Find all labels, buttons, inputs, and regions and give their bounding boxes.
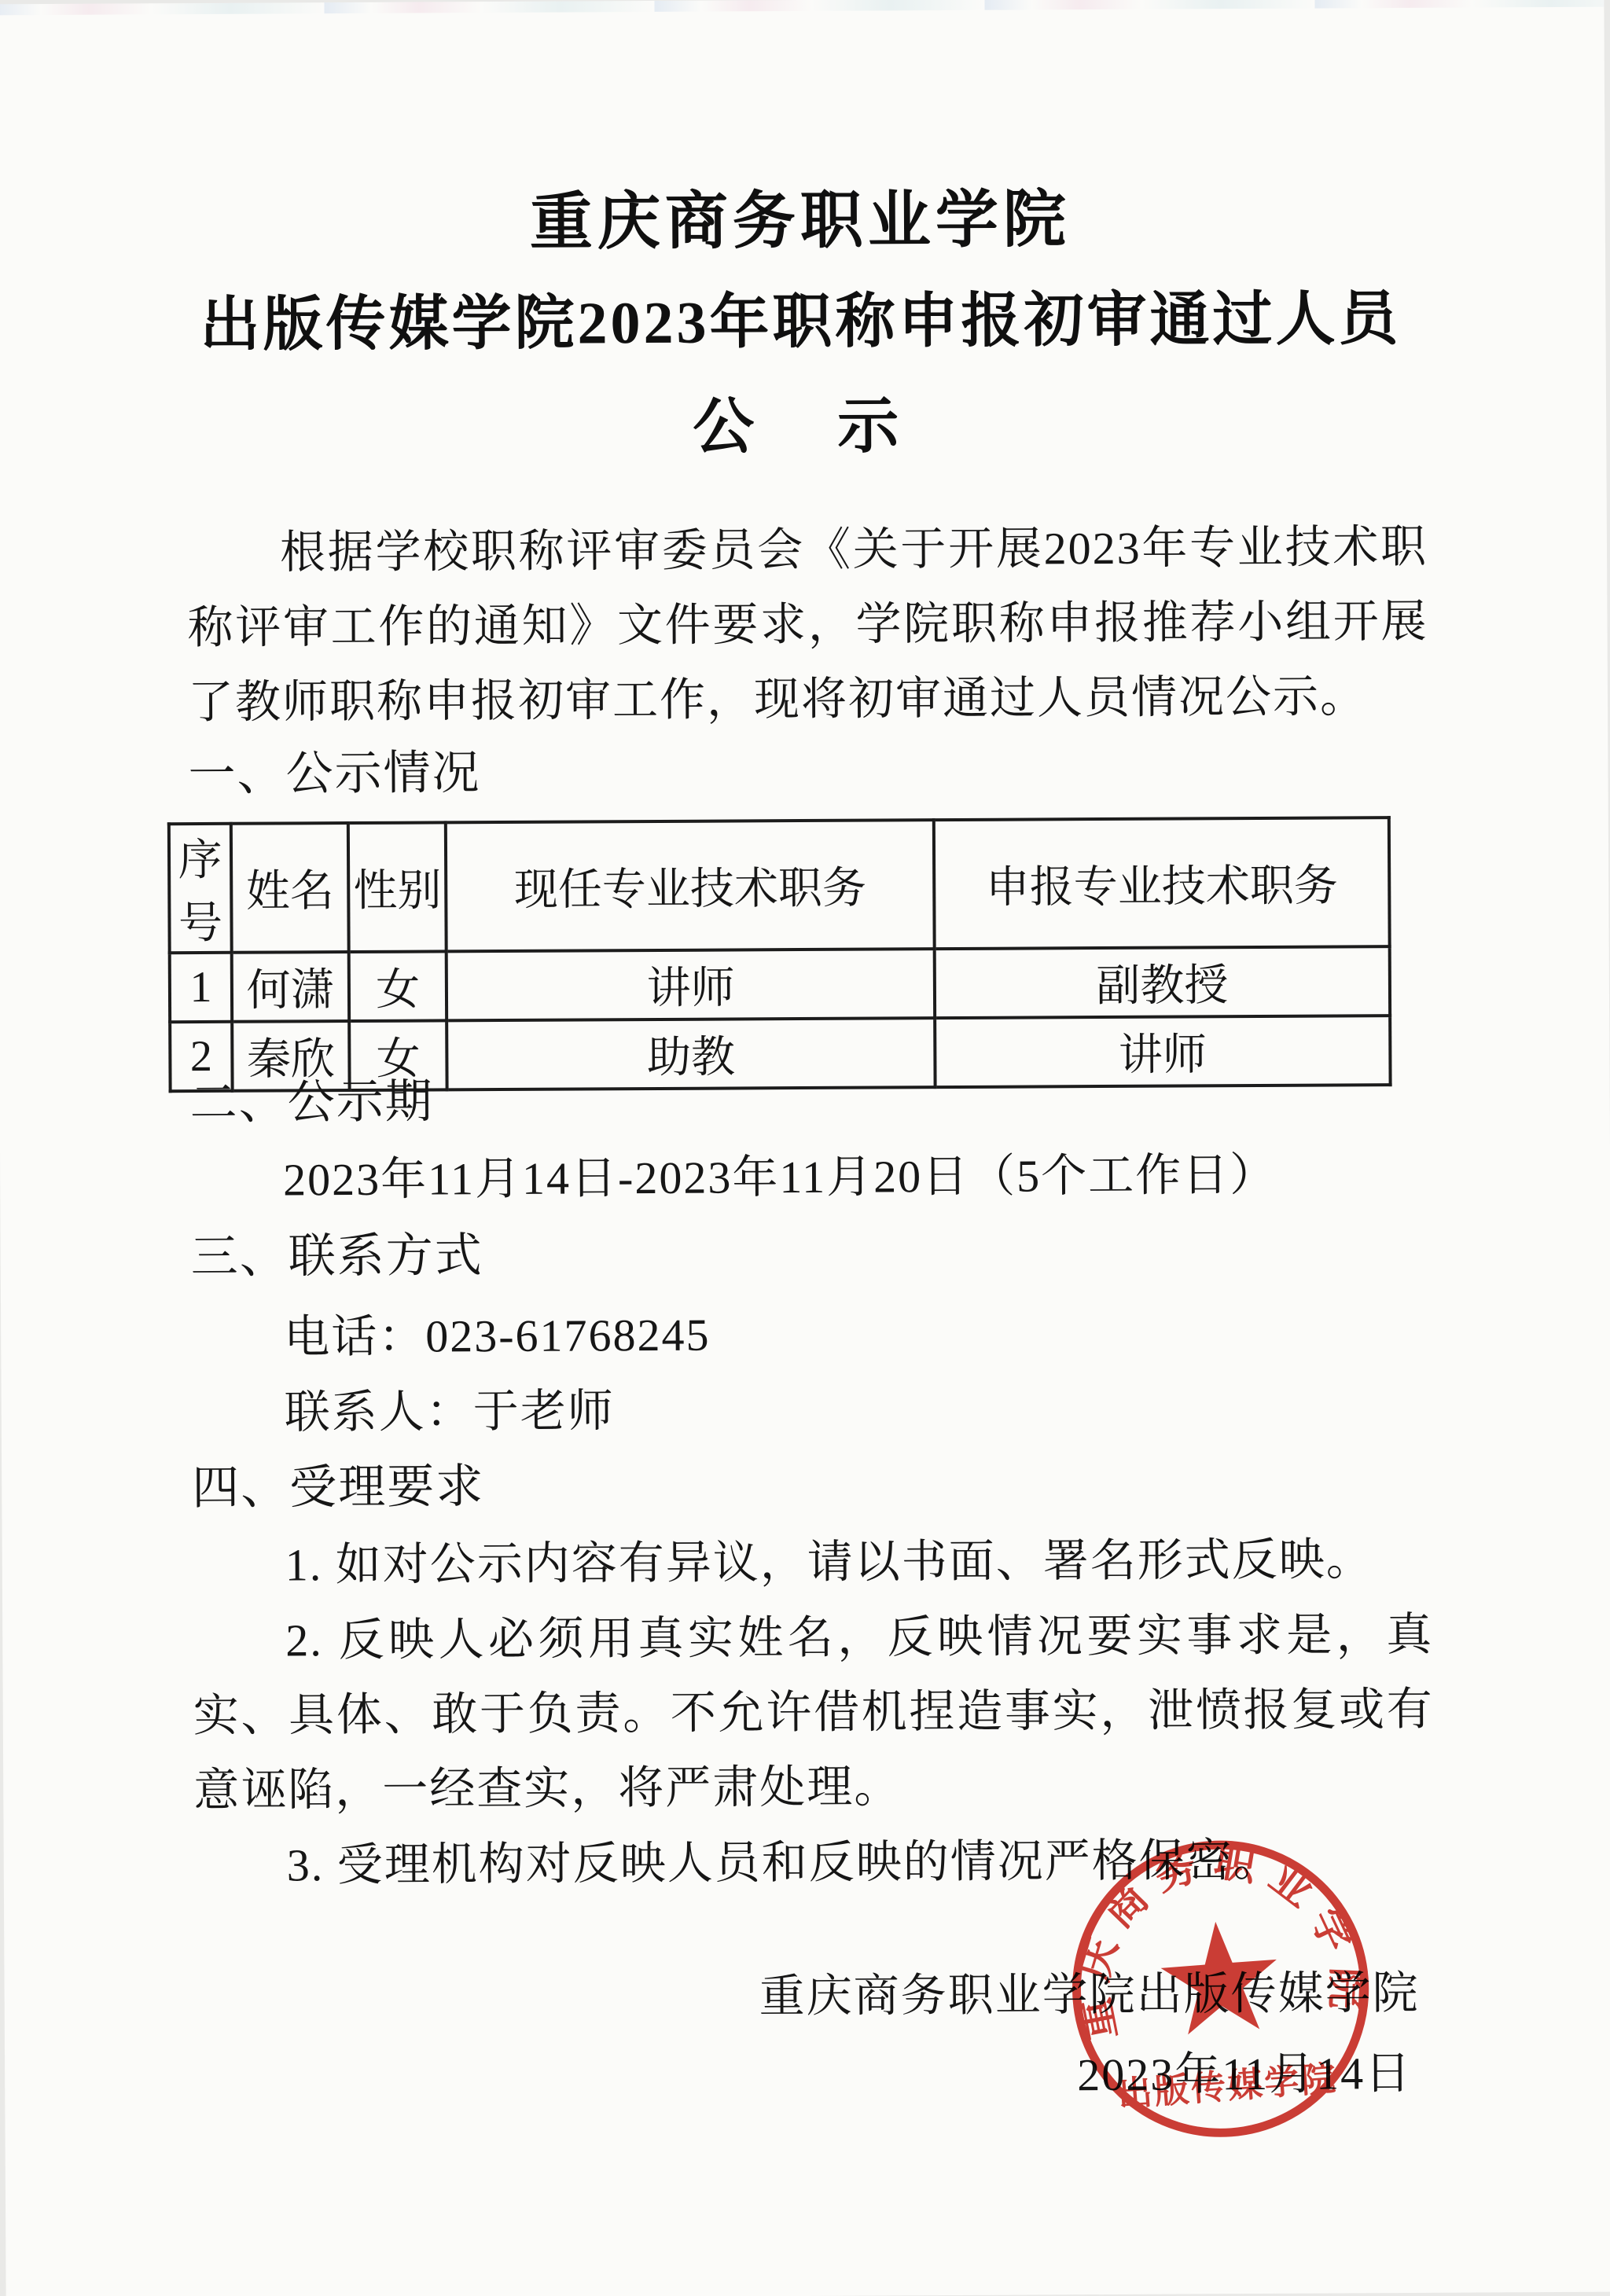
table-cell: 女 [349,951,447,1021]
requirement-item-2: 2. 反映人必须用真实姓名，反映情况要实事求是，真实、具体、敢于负责。不允许借机… [193,1597,1434,1828]
section-2-heading: 二、公示期 [189,1060,1430,1141]
review-table-container: 序号 姓名 性别 现任专业技术职务 申报专业技术职务 1 何潇 女 讲师 副教授… [167,816,1392,1093]
doc-title-line3: 公 示 [0,373,1606,470]
section-1-heading: 一、公示情况 [188,731,1428,812]
table-header-row: 序号 姓名 性别 现任专业技术职务 申报专业技术职务 [169,817,1390,953]
column-header-gender: 性别 [348,822,447,952]
intro-paragraph: 根据学校职称评审委员会《关于开展2023年专业技术职称评审工作的通知》文件要求，… [187,509,1428,740]
contact-phone: 电话：023-61768245 [191,1294,1432,1375]
table-cell: 副教授 [935,946,1390,1018]
column-header-applied-title: 申报专业技术职务 [934,817,1390,949]
doc-title-line1: 重庆商务职业学院 [0,166,1605,265]
official-seal: 重庆商务职业学院 出版传媒学院 [1053,1821,1388,2157]
table-row: 1 何潇 女 讲师 副教授 [170,946,1390,1022]
doc-title-line2: 出版传媒学院2023年职称申报初审通过人员 [0,270,1606,364]
section-3-heading: 三、联系方式 [190,1214,1431,1295]
column-header-seq: 序号 [169,824,232,953]
table-cell: 1 [170,953,233,1022]
table-cell: 何潇 [232,952,349,1022]
section-4-heading: 四、受理要求 [192,1445,1432,1526]
seal-star-icon [1158,1917,1282,2036]
review-table: 序号 姓名 性别 现任专业技术职务 申报专业技术职务 1 何潇 女 讲师 副教授… [167,816,1392,1093]
column-header-current-title: 现任专业技术职务 [446,820,935,951]
column-header-name: 姓名 [231,823,349,953]
publicity-period: 2023年11月14日-2023年11月20日（5个工作日） [190,1137,1431,1218]
document-page: 重庆商务职业学院 出版传媒学院2023年职称申报初审通过人员 公 示 根据学校职… [0,0,1610,2296]
scan-artifact-strip [0,0,1604,15]
table-cell: 讲师 [447,949,935,1020]
requirement-item-1: 1. 如对公示内容有异议，请以书面、署名形式反映。 [193,1522,1433,1603]
contact-person: 联系人：于老师 [192,1369,1432,1450]
